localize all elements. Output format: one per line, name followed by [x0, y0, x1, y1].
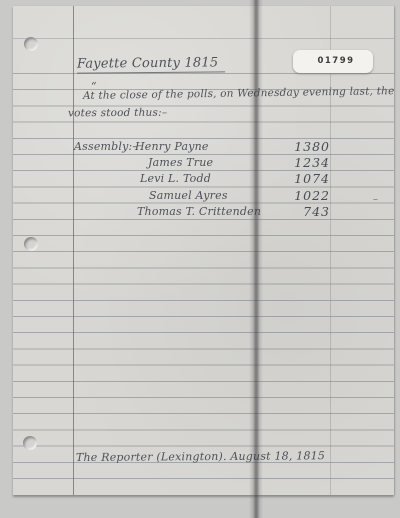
- result-row: Assembly:– Henry Payne 1380: [13, 140, 394, 156]
- scan-background: 01799 Fayette County 1815 “ At the close…: [0, 0, 400, 518]
- candidate-name: Thomas T. Crittenden: [137, 205, 261, 218]
- vote-count: 743: [290, 204, 330, 219]
- candidate-name: Levi L. Todd: [140, 172, 211, 185]
- office-label: Assembly:–: [74, 140, 138, 153]
- candidate-name: James True: [148, 156, 213, 169]
- vote-count: 1380: [290, 139, 330, 154]
- punch-hole-top: [24, 37, 38, 51]
- archive-number: 01799: [317, 56, 354, 66]
- candidate-name: Henry Payne: [135, 140, 209, 153]
- citation: The Reporter (Lexington). August 18, 181…: [76, 449, 325, 464]
- vote-count: 1234: [290, 155, 330, 170]
- top-rule-line: [13, 38, 394, 39]
- result-row: Levi L. Todd 1074: [13, 172, 394, 188]
- scan-fold-shadow: [249, 0, 263, 518]
- archive-sticker: 01799: [293, 50, 373, 73]
- quote-line-2: votes stood thus:–: [68, 107, 167, 120]
- page-title: Fayette County 1815: [77, 55, 225, 73]
- result-row: Samuel Ayres 1022: [13, 189, 394, 205]
- punch-hole-middle: [24, 237, 38, 251]
- vote-count: 1022: [290, 188, 330, 203]
- result-row: James True 1234: [13, 156, 394, 172]
- crease-line: [330, 6, 331, 495]
- punch-hole-bottom: [23, 436, 37, 450]
- candidate-name: Samuel Ayres: [149, 189, 228, 202]
- result-row: Thomas T. Crittenden 743: [13, 205, 394, 221]
- vote-count: 1074: [290, 171, 330, 186]
- ruled-lines: [13, 73, 394, 479]
- stray-pen-mark: –: [373, 194, 378, 205]
- margin-line: [73, 6, 74, 495]
- notebook-page: 01799 Fayette County 1815 “ At the close…: [13, 6, 394, 495]
